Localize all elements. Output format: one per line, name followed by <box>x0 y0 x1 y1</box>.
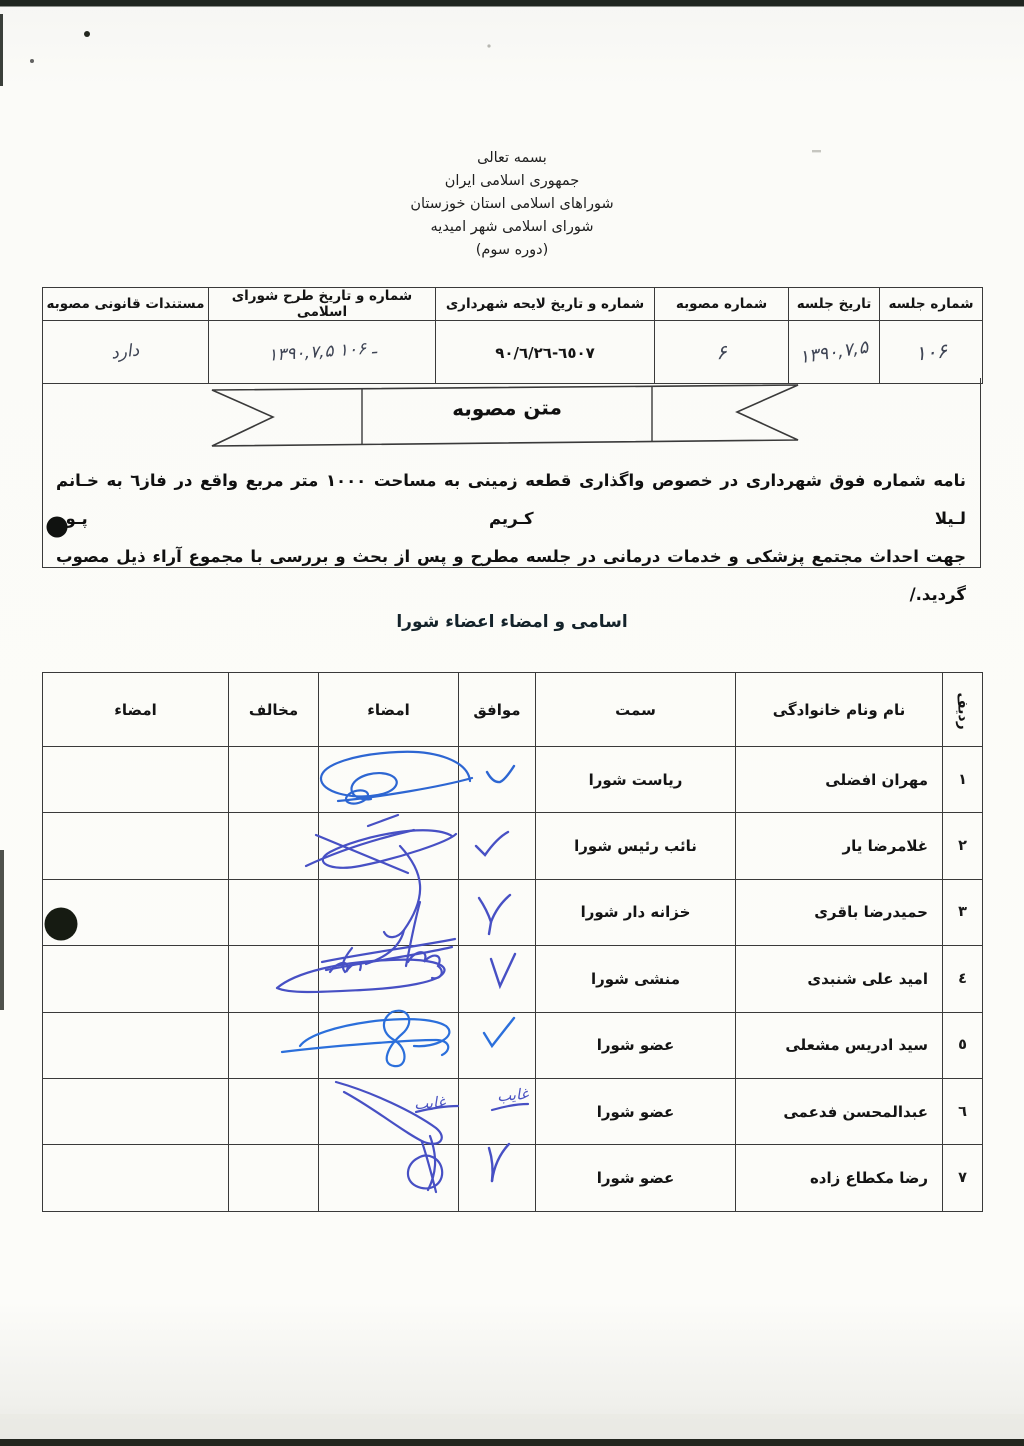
scan-speckle <box>84 31 90 37</box>
legal-docs-value: دارد <box>110 340 140 363</box>
member-row: ١ مهران افضلی ریاست شورا <box>43 747 983 813</box>
agree-cell <box>459 879 536 945</box>
agree-cell <box>459 1145 536 1211</box>
agree-cell <box>459 1012 536 1078</box>
row-number: ٢ <box>943 813 983 879</box>
members-table-header-row: ردیف نام ونام خانوادگی سمت موافق امضاء م… <box>43 673 983 747</box>
col-municipality-bill: شماره و تاریخ لایحه شهرداری <box>436 288 655 321</box>
member-row: ٣ حمیدرضا باقری خزانه دار شورا <box>43 879 983 945</box>
member-row: ٢ غلامرضا یار نائب رئیس شورا <box>43 813 983 879</box>
col-agree: موافق <box>459 673 536 747</box>
resolution-text-line-1: نامه شماره فوق شهرداری در خصوص واگذاری ق… <box>56 462 966 538</box>
member-name: مهران افضلی <box>736 747 943 813</box>
info-table-header-row: شماره جلسه تاریخ جلسه شماره مصوبه شماره … <box>43 288 983 321</box>
signature2-cell <box>43 747 229 813</box>
scan-band-bottom <box>0 1414 1024 1439</box>
city-council-line: شورای اسلامی شهر امیدیه <box>0 216 1024 239</box>
col-session-number: شماره جلسه <box>880 288 983 321</box>
scan-speckle <box>30 59 34 63</box>
col-session-date: تاریخ جلسه <box>789 288 880 321</box>
col-position: سمت <box>536 673 736 747</box>
oppose-cell <box>229 879 319 945</box>
oppose-cell <box>229 747 319 813</box>
member-name: غلامرضا یار <box>736 813 943 879</box>
row-number: ٥ <box>943 1012 983 1078</box>
scanned-council-resolution-page: بسمه تعالی جمهوری اسلامی ایران شوراهای ا… <box>0 0 1024 1446</box>
col-signature: امضاء <box>319 673 459 747</box>
resolution-text-line-2: جهت احداث مجتمع پزشکی و خدمات درمانی در … <box>56 538 966 614</box>
member-position: عضو شورا <box>536 1145 736 1211</box>
row-number: ٦ <box>943 1078 983 1144</box>
member-position: عضو شورا <box>536 1012 736 1078</box>
besmele-line: بسمه تعالی <box>0 147 1024 170</box>
session-date-value: ۱۳۹۰,۷,۵ <box>798 336 870 368</box>
signature-cell <box>319 813 459 879</box>
row-number: ٣ <box>943 879 983 945</box>
signature-cell <box>319 1078 459 1144</box>
col-full-name: نام ونام خانوادگی <box>736 673 943 747</box>
row-number: ٤ <box>943 946 983 1012</box>
col-council-plan: شماره و تاریخ طرح شورای اسلامی <box>209 288 436 321</box>
country-line: جمهوری اسلامی ایران <box>0 170 1024 193</box>
member-name: عبدالمحسن فدعمی <box>736 1078 943 1144</box>
col-signature-2: امضاء <box>43 673 229 747</box>
col-oppose: مخالف <box>229 673 319 747</box>
scan-edge-left-upper <box>0 14 3 86</box>
member-name: حمیدرضا باقری <box>736 879 943 945</box>
info-table-value-row: ۱۰۶ ۱۳۹۰,۷,۵ ۶ ٦٥٠٧-٩٠/٦/٢٦ ۱۳۹۰,۷,۵ ـ ۱… <box>43 321 983 384</box>
agree-cell <box>459 946 536 1012</box>
term-line: (دوره سوم) <box>0 239 1024 262</box>
oppose-cell <box>229 1012 319 1078</box>
signature-cell <box>319 747 459 813</box>
member-position: نائب رئیس شورا <box>536 813 736 879</box>
ribbon-title: متن مصوبه <box>362 394 652 422</box>
province-council-line: شوراهای اسلامی استان خوزستان <box>0 193 1024 216</box>
member-position: عضو شورا <box>536 1078 736 1144</box>
scan-edge-left-mid <box>0 850 4 1010</box>
municipality-bill-value: ٦٥٠٧-٩٠/٦/٢٦ <box>495 344 595 362</box>
agree-cell <box>459 747 536 813</box>
signature-cell <box>319 1145 459 1211</box>
oppose-cell <box>229 1145 319 1211</box>
signature2-cell <box>43 1078 229 1144</box>
scan-edge-bottom <box>0 1439 1024 1446</box>
signature-cell <box>319 946 459 1012</box>
session-number-value: ۱۰۶ <box>914 338 949 365</box>
col-legal-docs: مستندات قانونی مصوبه <box>43 288 209 321</box>
resolution-info-table: شماره جلسه تاریخ جلسه شماره مصوبه شماره … <box>42 287 983 384</box>
row-number: ٧ <box>943 1145 983 1211</box>
agree-cell <box>459 813 536 879</box>
member-name: رضا مکطاع زاده <box>736 1145 943 1211</box>
signature2-cell <box>43 813 229 879</box>
member-row: ٤ امید علی شنبدی منشی شورا <box>43 946 983 1012</box>
col-row-number: ردیف <box>953 692 971 730</box>
absent-note-handwriting: غایب <box>413 1093 446 1114</box>
letterhead: بسمه تعالی جمهوری اسلامی ایران شوراهای ا… <box>0 147 1024 262</box>
member-name: امید علی شنبدی <box>736 946 943 1012</box>
member-name: سید ادریس مشعلی <box>736 1012 943 1078</box>
absent-note-handwriting: غایب <box>496 1085 529 1106</box>
signature2-cell <box>43 946 229 1012</box>
members-signature-table: ردیف نام ونام خانوادگی سمت موافق امضاء م… <box>42 672 983 1212</box>
member-row: ٧ رضا مکطاع زاده عضو شورا <box>43 1145 983 1211</box>
council-plan-value: ۱۳۹۰,۷,۵ ـ ۱۰۶ <box>267 338 377 366</box>
row-number: ١ <box>943 747 983 813</box>
signature2-cell <box>43 879 229 945</box>
signature-cell <box>319 879 459 945</box>
oppose-cell <box>229 946 319 1012</box>
member-row: ٥ سید ادریس مشعلی عضو شورا <box>43 1012 983 1078</box>
oppose-cell <box>229 1078 319 1144</box>
signature2-cell <box>43 1012 229 1078</box>
scan-edge-top <box>0 0 1024 7</box>
member-position: ریاست شورا <box>536 747 736 813</box>
oppose-cell <box>229 813 319 879</box>
member-position: منشی شورا <box>536 946 736 1012</box>
members-section-title: اسامی و امضاء اعضاء شورا <box>0 612 1024 632</box>
scan-speckle <box>487 44 490 47</box>
member-position: خزانه دار شورا <box>536 879 736 945</box>
signature-cell <box>319 1012 459 1078</box>
signature2-cell <box>43 1145 229 1211</box>
resolution-number-value: ۶ <box>715 340 727 365</box>
col-resolution-number: شماره مصوبه <box>655 288 789 321</box>
resolution-text: نامه شماره فوق شهرداری در خصوص واگذاری ق… <box>56 462 966 614</box>
